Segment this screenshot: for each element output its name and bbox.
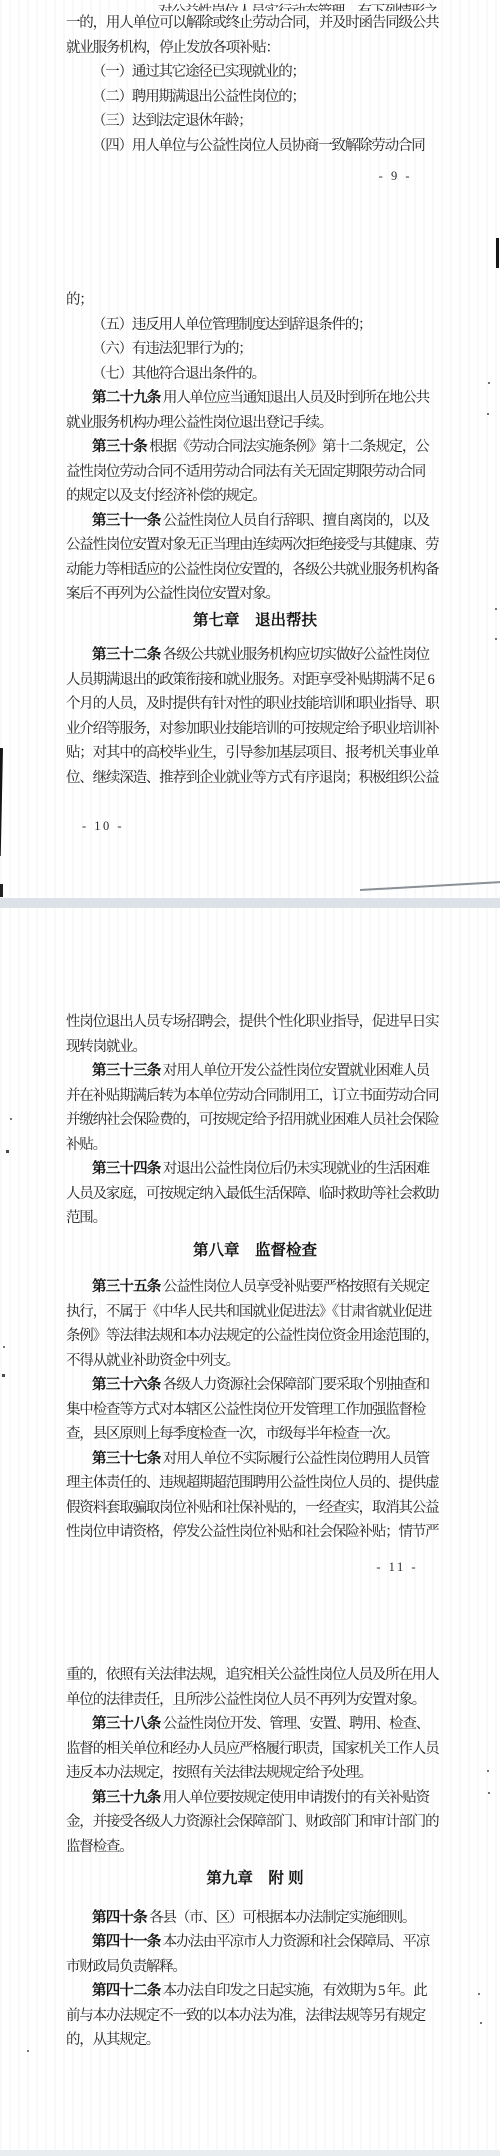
text-line: 第三十二条 各级公共就业服务机构应切实做好公益性岗位	[66, 643, 444, 668]
text-line: 不得从就业补助资金中列支。	[66, 1349, 444, 1374]
text-line: 个月的人员，及时提供有针对性的职业技能培训和职业指导、职	[66, 692, 444, 717]
text-line: 第四十条 各县（市、区）可根据本办法制定实施细则。	[66, 1906, 444, 1931]
text-line: （三）达到法定退休年龄；	[66, 109, 444, 134]
text-line: 人员期满退出的政策衔接和就业服务。对距享受补贴期满不足 6	[66, 668, 444, 693]
text-line: （一）通过其它途径已实现就业的；	[66, 60, 444, 85]
page-9-fragment: 对公益性岗位人员实行动态管理，有下列情形之一的，用人单位可以解除或终止劳动合同，…	[0, 0, 500, 190]
page-number: - 9 -	[66, 166, 444, 186]
scan-speck	[488, 1792, 490, 1794]
text-line: 范围。	[66, 1206, 444, 1231]
text-line: （六）有违法犯罪行为的；	[66, 337, 444, 362]
text-line: 人员及家庭，可按规定纳入最低生活保障、临时救助等社会救助	[66, 1182, 444, 1207]
text-line: 假资料套取骗取岗位补贴和社保补贴的，一经查实，取消其公益	[66, 1496, 444, 1521]
text-line: 执行，不属于《中华人民共和国就业促进法》《甘肃省就业促进	[66, 1300, 444, 1325]
clipped-text-line: 对公益性岗位人员实行动态管理，有下列情形之	[66, 0, 444, 11]
text-line: 案后不再列为公益性岗位安置对象。	[66, 582, 444, 607]
text-line: （四）用人单位与公益性岗位人员协商一致解除劳动合同	[66, 134, 444, 159]
text-line: 现转岗就业。	[66, 1035, 444, 1060]
scan-speck	[487, 1770, 489, 1772]
text-line: 第三十四条 对退出公益性岗位后仍未实现就业的生活困难	[66, 1157, 444, 1182]
scan-speck	[495, 638, 497, 640]
chapter-heading: 第七章 退出帮扶	[66, 609, 444, 634]
text-line: 查，县区原则上每季度检查一次，市级每半年检查一次。	[66, 1422, 444, 1447]
text-line: 贴；对其中的高校毕业生，引导参加基层项目、报考机关事业单	[66, 741, 444, 766]
page-number: - 11 -	[66, 1557, 444, 1577]
page-12-fragment: 重的，依照有关法律法规，追究相关公益性岗位人员及所在用人单位的法律责任，且所涉公…	[0, 1660, 500, 2148]
text-line: 单位的法律责任，且所涉公益性岗位人员不再列为安置对象。	[66, 1688, 444, 1713]
text-line: 第二十九条 用人单位应当通知退出人员及时到所在地公共	[66, 386, 444, 411]
bottom-page-edge-band	[0, 2150, 500, 2156]
text-line: 就业服务机构，停止发放各项补贴：	[66, 36, 444, 61]
chapter-heading: 第九章 附 则	[66, 1867, 444, 1892]
text-line: 集中检查等方式对本辖区公益性岗位开发管理工作加强监督检	[66, 1398, 444, 1423]
text-line: 性岗位申请资格，停发公益性岗位补贴和社会保险补贴；情节严	[66, 1520, 444, 1545]
document-scroll-view[interactable]: 对公益性岗位人员实行动态管理，有下列情形之一的，用人单位可以解除或终止劳动合同，…	[0, 0, 500, 2156]
text-line: 重的，依照有关法律法规，追究相关公益性岗位人员及所在用人	[66, 1663, 444, 1688]
text-line: 违反本办法规定，按照有关法律法规规定给予处理。	[66, 1761, 444, 1786]
text-line: 补贴。	[66, 1133, 444, 1158]
chapter-heading: 第八章 监督检查	[66, 1239, 444, 1264]
text-line: 金，并接受各级人力资源社会保障部门、财政部门和审计部门的	[66, 1810, 444, 1835]
page-11-fragment: 性岗位退出人员专场招聘会，提供个性化职业指导，促进早日实现转岗就业。第三十三条 …	[0, 908, 500, 1660]
scan-speck	[495, 608, 497, 610]
text-line: 的，从其规定。	[66, 2028, 444, 2053]
scan-speck	[6, 1150, 9, 1153]
text-line: 第三十三条 对用人单位开发公益性岗位安置就业困难人员	[66, 1059, 444, 1084]
page-12-text: 重的，依照有关法律法规，追究相关公益性岗位人员及所在用人单位的法律责任，且所涉公…	[0, 1660, 444, 2053]
scan-speck	[488, 382, 490, 384]
text-line: 监督的相关单位和经办人员应严格履行职责，国家机关工作人员	[66, 1737, 444, 1762]
text-line: 益性岗位劳动合同不适用劳动合同法有关无固定期限劳动合同	[66, 460, 444, 485]
text-line: （五）违反用人单位管理制度达到辞退条件的；	[66, 313, 444, 338]
text-line: 第三十一条 公益性岗位人员自行辞职、擅自离岗的，以及	[66, 509, 444, 534]
page-number: - 10 -	[66, 816, 444, 836]
text-line: 一的，用人单位可以解除或终止劳动合同，并及时函告同级公共	[66, 11, 444, 36]
text-line: 第四十二条 本办法自印发之日起实施，有效期为 5 年。此	[66, 1979, 444, 2004]
text-line: 公益性岗位安置对象无正当理由连续两次拒绝接受与其健康、劳	[66, 533, 444, 558]
text-line: 并缴纳社会保险费的，可按规定给予招用就业困难人员社会保险	[66, 1108, 444, 1133]
scan-speck	[480, 2022, 482, 2024]
page-9-text: 对公益性岗位人员实行动态管理，有下列情形之一的，用人单位可以解除或终止劳动合同，…	[0, 0, 444, 186]
text-line: 第三十九条 用人单位要按规定使用申请拨付的有关补贴资	[66, 1786, 444, 1811]
text-line: 就业服务机构办理公益性岗位退出登记手续。	[66, 411, 444, 436]
page-10-text: 的；（五）违反用人单位管理制度达到辞退条件的；（六）有违法犯罪行为的；（七）其他…	[0, 288, 444, 836]
text-line: 的；	[66, 288, 444, 313]
text-line: 第三十五条 公益性岗位人员享受补贴要严格按照有关规定	[66, 1275, 444, 1300]
text-line: 前与本办法规定不一致的以本办法为准，法律法规等另有规定	[66, 2004, 444, 2029]
text-line: 理主体责任的、违规超期超范围聘用公益性岗位人员的、提供虚	[66, 1471, 444, 1496]
text-line: 监督检查。	[66, 1835, 444, 1860]
scan-speck	[10, 1118, 12, 1120]
text-line: 位、继续深造、推荐到企业就业等方式有序退岗；积极组织公益	[66, 766, 444, 791]
page-10-fragment: 的；（五）违反用人单位管理制度达到辞退条件的；（六）有违法犯罪行为的；（七）其他…	[0, 288, 500, 898]
text-line: 的规定以及支付经济补偿的规定。	[66, 484, 444, 509]
text-line: 性岗位退出人员专场招聘会，提供个性化职业指导，促进早日实	[66, 1010, 444, 1035]
text-line: 市财政局负责解释。	[66, 1955, 444, 1980]
text-line: 第三十七条 对用人单位不实际履行公益性岗位聘用人员管	[66, 1447, 444, 1472]
page-separator-band	[0, 898, 500, 908]
text-line: 业介绍等服务，对参加职业技能培训的可按规定给予职业培训补	[66, 717, 444, 742]
text-line: 动能力等相适应的公益性岗位安置的，各级公共就业服务机构备	[66, 558, 444, 583]
scan-edge-mark	[496, 238, 499, 268]
text-line: 并在补贴期满后转为本单位劳动合同制用工，订立书面劳动合同	[66, 1084, 444, 1109]
text-line: （二）聘用期满退出公益性岗位的；	[66, 85, 444, 110]
page-11-text: 性岗位退出人员专场招聘会，提供个性化职业指导，促进早日实现转岗就业。第三十三条 …	[0, 908, 444, 1577]
scan-speck	[3, 1346, 5, 1348]
text-line: 第四十一条 本办法由平凉市人力资源和社会保障局、平凉	[66, 1930, 444, 1955]
text-line: 第三十六条 各级人力资源社会保障部门要采取个别抽查和	[66, 1373, 444, 1398]
scan-crease-mark	[0, 884, 3, 897]
text-line: 第三十八条 公益性岗位开发、管理、安置、聘用、检查、	[66, 1712, 444, 1737]
scan-speck	[27, 2050, 29, 2052]
text-line: （七）其他符合退出条件的。	[66, 362, 444, 387]
text-line: 第三十条 根据《劳动合同法实施条例》第十二条规定，公	[66, 435, 444, 460]
text-line: 条例》等法律法规和本办法规定的公益性岗位资金用途范围的，	[66, 1324, 444, 1349]
scan-speck	[487, 413, 489, 415]
scan-speck	[478, 1993, 480, 1995]
scan-speck	[2, 1374, 5, 1377]
